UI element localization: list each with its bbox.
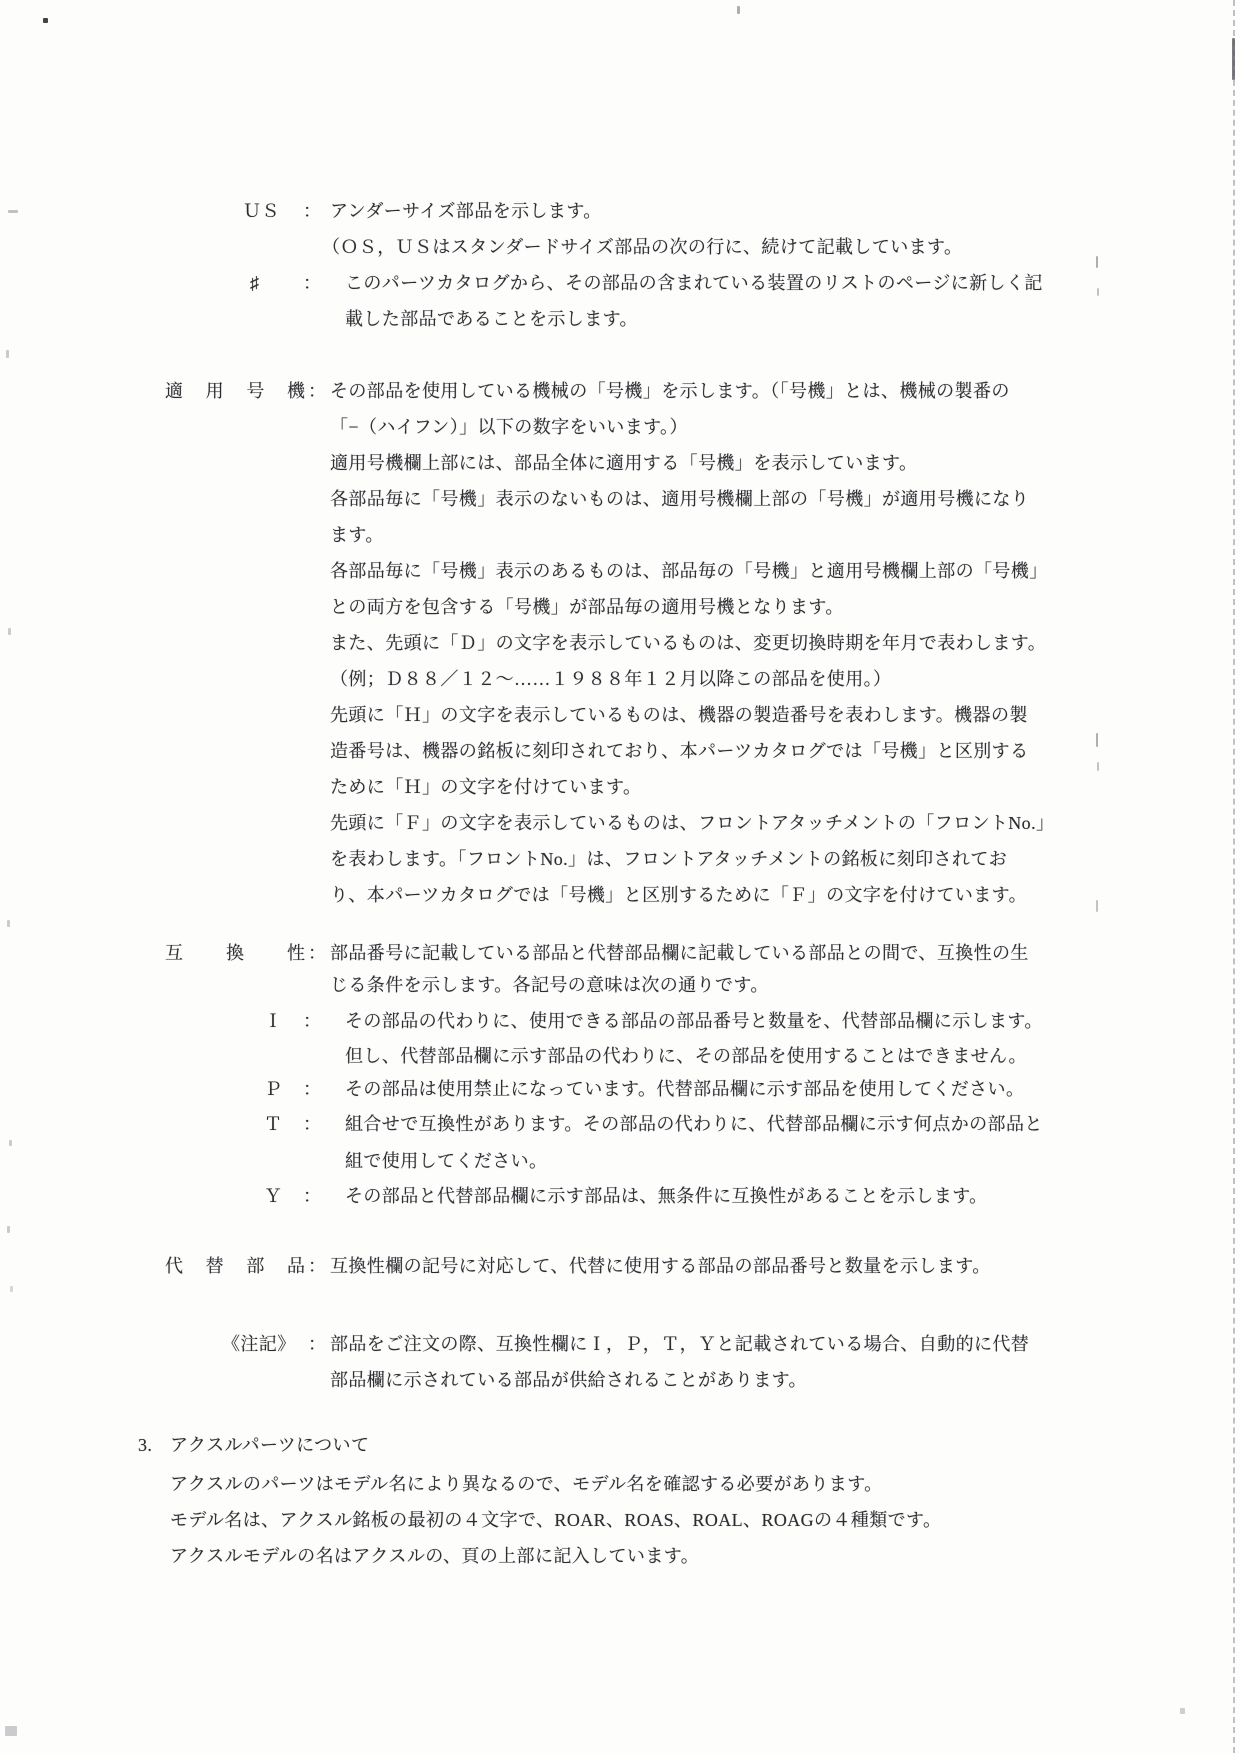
scan-speck [8,210,18,213]
body-text: 但し、代替部品欄に示す部品の代わりに、その部品を使用することはできません。 [345,1044,1027,1069]
scan-speck [1096,256,1098,268]
colon: ： [308,1254,326,1279]
body-text: （例；Ｄ８８／１２〜……１９８８年１２月以降この部品を使用。） [330,667,891,692]
symbol-label: ＵＳ [243,199,280,224]
symbol-label: ♯ [250,271,259,296]
body-text: 互換性欄の記号に対応して、代替に使用する部品の部品番号と数量を示します。 [330,1254,991,1279]
scan-speck [1180,1708,1185,1714]
body-text: このパーツカタログから、その部品の含まれている装置のリストのページに新しく記 [345,271,1043,296]
colon: ： [308,1332,326,1357]
body-text: り、本パーツカタログでは「号機」と区別するために「Ｆ」の文字を付けています。 [330,883,1027,908]
list-number: 3. [138,1433,152,1458]
symbol-label: Ｙ [264,1184,282,1209]
colon: ： [303,271,321,296]
body-text: 部品番号に記載している部品と代替部品欄に記載している部品との間で、互換性の生 [330,941,1029,966]
term-label: 互換性 [165,941,305,966]
body-text: 先頭に「Ｆ」の文字を表示しているものは、フロントアタッチメントの「フロントNo.… [330,811,1054,836]
scan-speck [6,350,9,358]
colon: ： [303,1077,321,1102]
scan-speck [5,1726,17,1736]
scan-speck [7,1226,10,1233]
symbol-label: Ｔ [264,1112,282,1137]
body-text: 「−（ハイフン）」以下の数字をいいます。） [330,415,688,440]
body-text: ます。 [330,523,384,548]
body-text: 各部品毎に「号機」表示のないものは、適用号機欄上部の「号機」が適用号機になり [330,487,1029,512]
colon: ： [308,941,326,966]
body-text: また、先頭に「Ｄ」の文字を表示しているものは、変更切換時期を年月で表わします。 [330,631,1046,656]
body-text: その部品を使用している機械の「号機」を示します。（「号機」とは、機械の製番の [330,379,1010,404]
body-text: 部品欄に示されている部品が供給されることがあります。 [330,1368,807,1393]
body-text: アクスルのパーツはモデル名により異なるので、モデル名を確認する必要があります。 [170,1472,883,1497]
colon: ： [303,1184,321,1209]
body-text: 載した部品であることを示します。 [345,307,638,332]
colon: ： [303,199,321,224]
note-label: 《注記》 [222,1332,296,1357]
colon: ： [308,379,326,404]
body-text: （ＯＳ，ＵＳはスタンダードサイズ部品の次の行に、続けて記載しています。 [322,235,962,260]
scan-speck [1096,733,1098,747]
scan-speck [1097,762,1099,771]
body-text: モデル名は、アクスル銘板の最初の４文字で、ROAR、ROAS、ROAL、ROAG… [170,1508,941,1533]
term-label: 適用号機 [165,379,305,404]
body-text: アクスルモデルの名はアクスルの、頁の上部に記入しています。 [170,1544,699,1569]
scan-speck [9,1140,12,1146]
scan-speck [7,920,10,927]
scan-speck [737,6,740,14]
body-text: その部品と代替部品欄に示す部品は、無条件に互換性があることを示します。 [345,1184,988,1209]
scan-speck [10,1286,13,1292]
scan-edge-dashed-line [1233,0,1235,1753]
body-text: アンダーサイズ部品を示します。 [330,199,602,224]
body-text: 組で使用してください。 [345,1149,547,1174]
symbol-label: Ｉ [264,1009,282,1034]
body-text: を表わします。「フロントNo.」は、フロントアタッチメントの銘板に刻印されてお [330,847,1007,872]
body-text: その部品は使用禁止になっています。代替部品欄に示す部品を使用してください。 [345,1077,1024,1102]
scan-speck [8,628,11,635]
colon: ： [303,1009,321,1034]
scan-speck [1096,900,1098,912]
body-text: との両方を包含する「号機」が部品毎の適用号機となります。 [330,595,844,620]
body-text: 各部品毎に「号機」表示のあるものは、部品毎の「号機」と適用号機欄上部の「号機」 [330,559,1048,584]
body-text: じる条件を示します。各記号の意味は次の通りです。 [330,973,769,998]
colon: ： [303,1112,321,1137]
body-text: 組合せで互換性があります。その部品の代わりに、代替部品欄に示す何点かの部品と [345,1112,1043,1137]
term-label: 代替部品 [165,1254,305,1279]
body-text: ために「Ｈ」の文字を付けています。 [330,775,641,800]
body-text: 先頭に「Ｈ」の文字を表示しているものは、機器の製造番号を表わします。機器の製 [330,703,1028,728]
body-text: 造番号は、機器の銘板に刻印されており、本パーツカタログでは「号機」と区別する [330,739,1028,764]
document-page: ＵＳ：アンダーサイズ部品を示します。（ＯＳ，ＵＳはスタンダードサイズ部品の次の行… [0,0,1240,1753]
heading-text: アクスルパーツについて [170,1433,369,1458]
scan-speck [1097,288,1099,296]
symbol-label: Ｐ [264,1077,282,1102]
body-text: 適用号機欄上部には、部品全体に適用する「号機」を表示しています。 [330,451,917,476]
body-text: その部品の代わりに、使用できる部品の部品番号と数量を、代替部品欄に示します。 [345,1009,1043,1034]
scan-speck [43,18,48,23]
body-text: 部品をご注文の際、互換性欄にＩ，Ｐ，Ｔ，Ｙと記載されている場合、自動的に代替 [330,1332,1029,1357]
